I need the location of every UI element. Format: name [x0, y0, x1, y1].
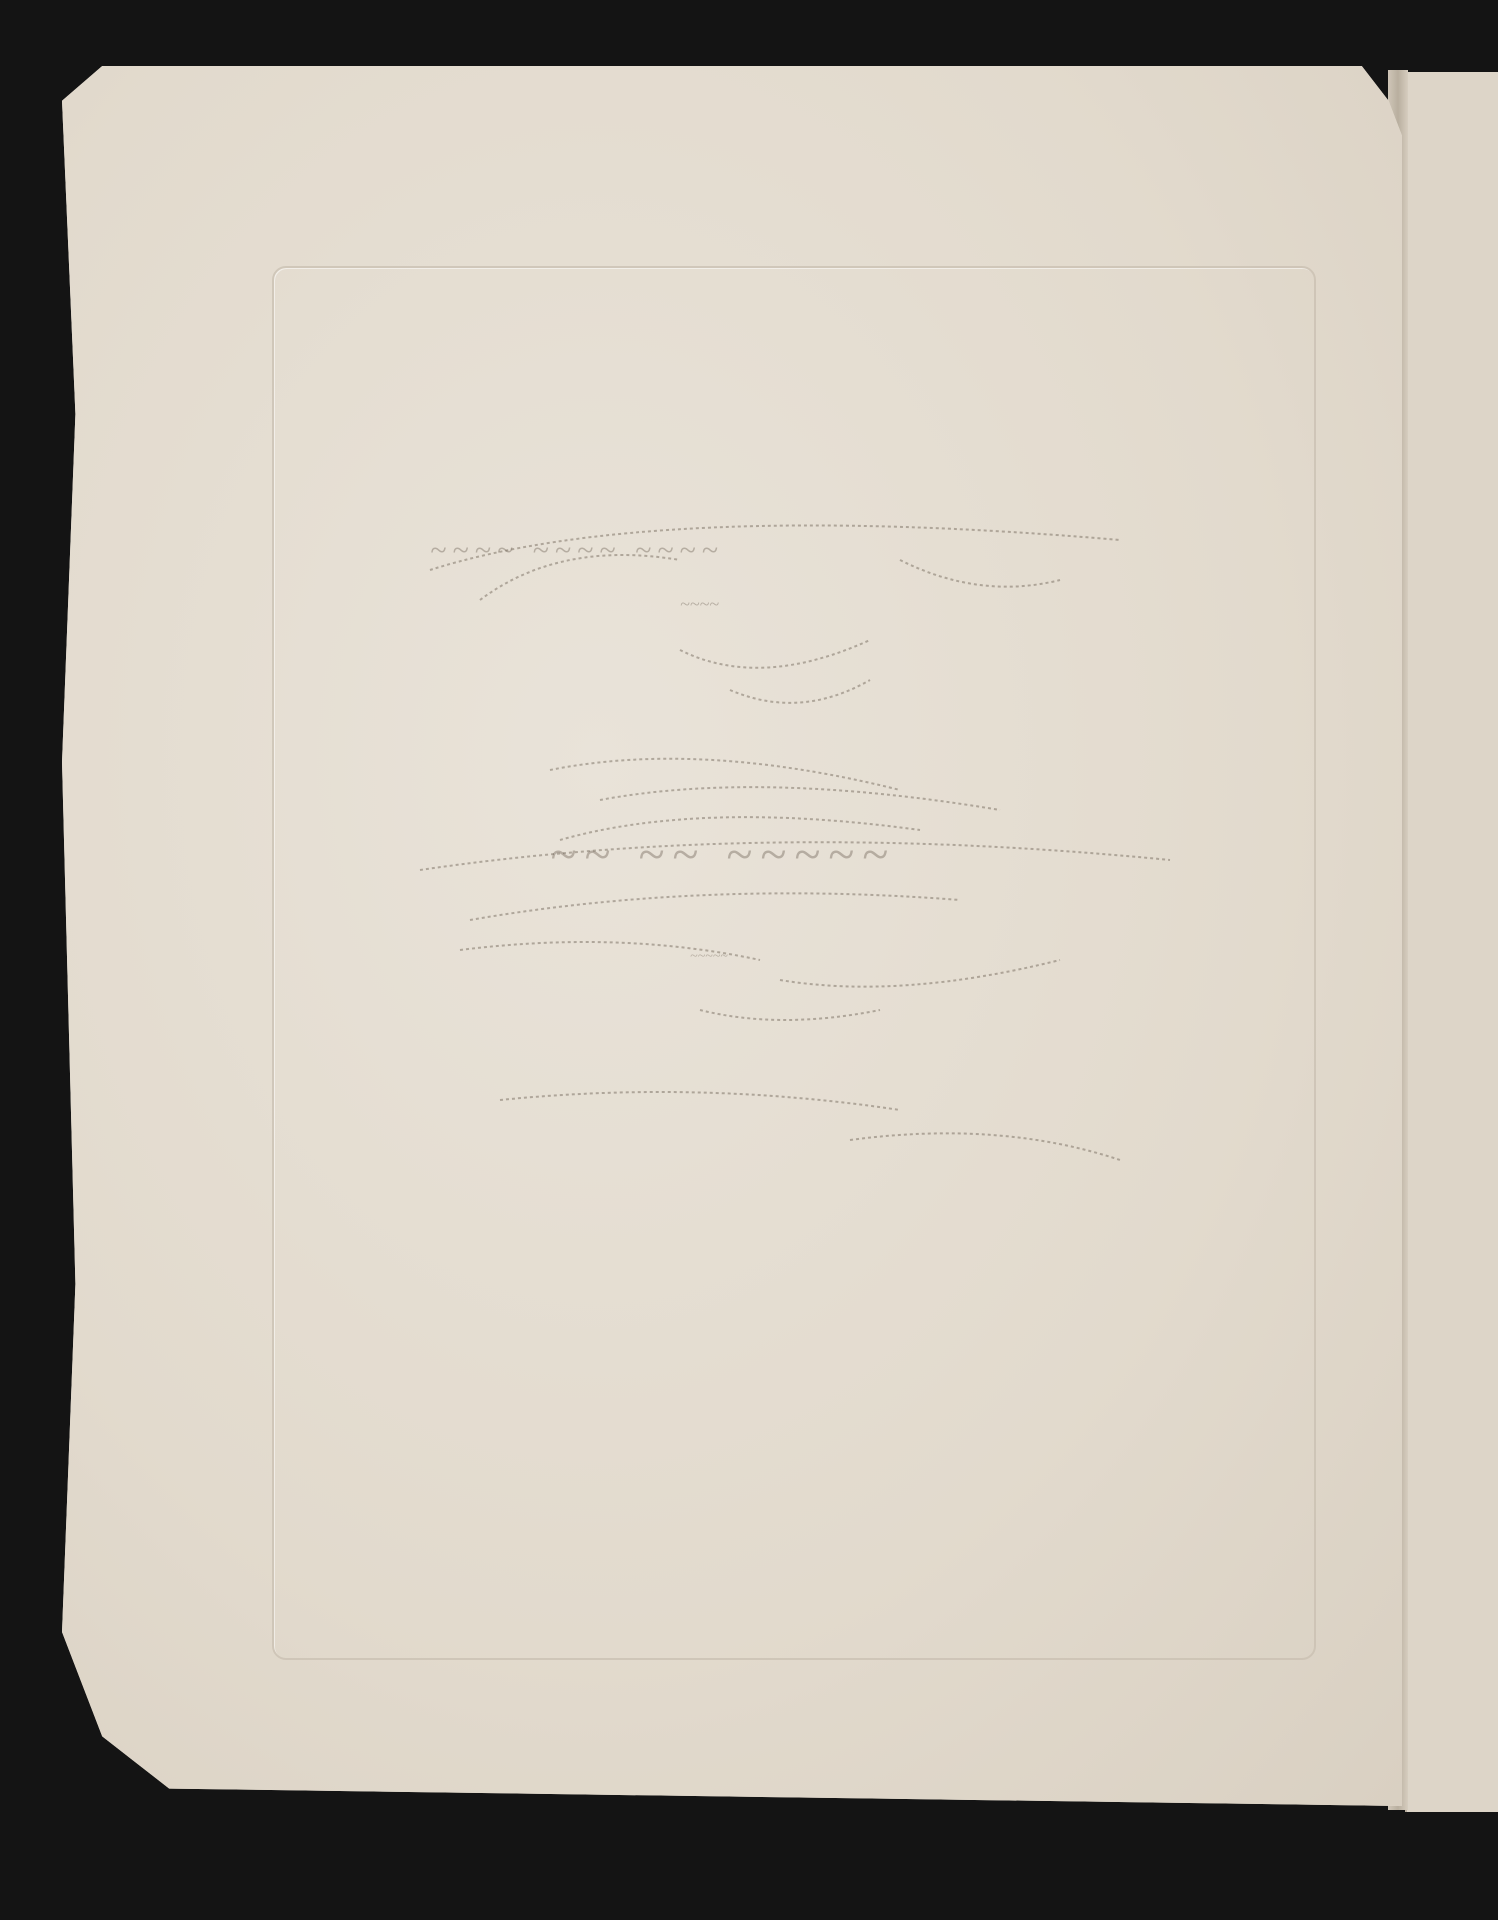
plate-mark — [272, 266, 1316, 1660]
adjacent-page — [1405, 72, 1498, 1812]
